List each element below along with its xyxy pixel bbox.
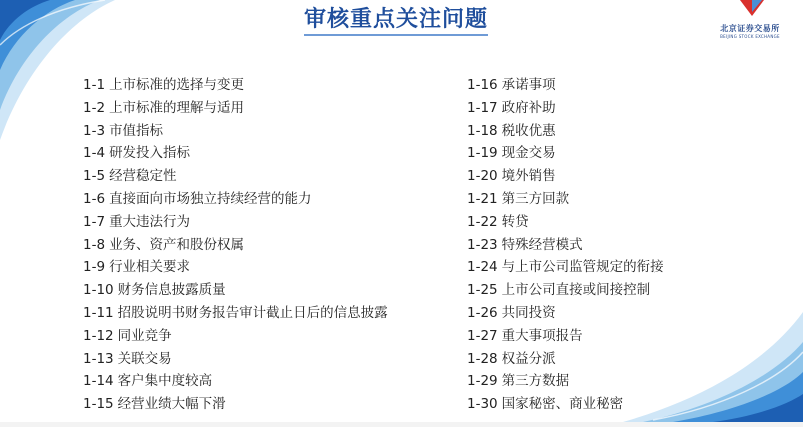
list-item: 1-3市值指标 — [83, 120, 388, 143]
list-item: 1-23特殊经营模式 — [467, 234, 664, 257]
list-item: 1-6直接面向市场独立持续经营的能力 — [83, 188, 388, 211]
logo-blue-triangle-icon — [752, 0, 762, 12]
page-title: 审核重点关注问题 — [304, 6, 488, 36]
decorative-wave-bottom-right — [623, 312, 803, 422]
list-item: 1-19现金交易 — [467, 142, 664, 165]
list-item: 1-1上市标准的选择与变更 — [83, 74, 388, 97]
list-item: 1-22转贷 — [467, 211, 664, 234]
list-item: 1-13关联交易 — [83, 348, 388, 371]
list-item: 1-20境外销售 — [467, 165, 664, 188]
list-item: 1-9行业相关要求 — [83, 256, 388, 279]
list-item: 1-2上市标准的理解与适用 — [83, 97, 388, 120]
list-item: 1-7重大违法行为 — [83, 211, 388, 234]
slide: 审核重点关注问题 北京证券交易所 BEIJING STOCK EXCHANGE … — [0, 0, 803, 422]
list-item: 1-10财务信息披露质量 — [83, 279, 388, 302]
list-item: 1-25上市公司直接或间接控制 — [467, 279, 664, 302]
list-item: 1-17政府补助 — [467, 97, 664, 120]
logo-name-en: BEIJING STOCK EXCHANGE — [700, 34, 800, 39]
list-item: 1-8业务、资产和股份权属 — [83, 234, 388, 257]
issues-list-left: 1-1上市标准的选择与变更 1-2上市标准的理解与适用 1-3市值指标 1-4研… — [83, 74, 388, 416]
list-item: 1-24与上市公司监管规定的衔接 — [467, 256, 664, 279]
list-item: 1-18税收优惠 — [467, 120, 664, 143]
list-item: 1-12同业竞争 — [83, 325, 388, 348]
list-item: 1-5经营稳定性 — [83, 165, 388, 188]
list-item: 1-4研发投入指标 — [83, 142, 388, 165]
list-item: 1-21第三方回款 — [467, 188, 664, 211]
list-item: 1-11招股说明书财务报告审计截止日后的信息披露 — [83, 302, 388, 325]
bottom-strip — [0, 422, 803, 427]
exchange-logo: 北京证券交易所 BEIJING STOCK EXCHANGE — [700, 0, 803, 50]
list-item: 1-16承诺事项 — [467, 74, 664, 97]
list-item: 1-15经营业绩大幅下滑 — [83, 393, 388, 416]
list-item: 1-14客户集中度较高 — [83, 370, 388, 393]
logo-name-cn: 北京证券交易所 — [700, 23, 800, 34]
